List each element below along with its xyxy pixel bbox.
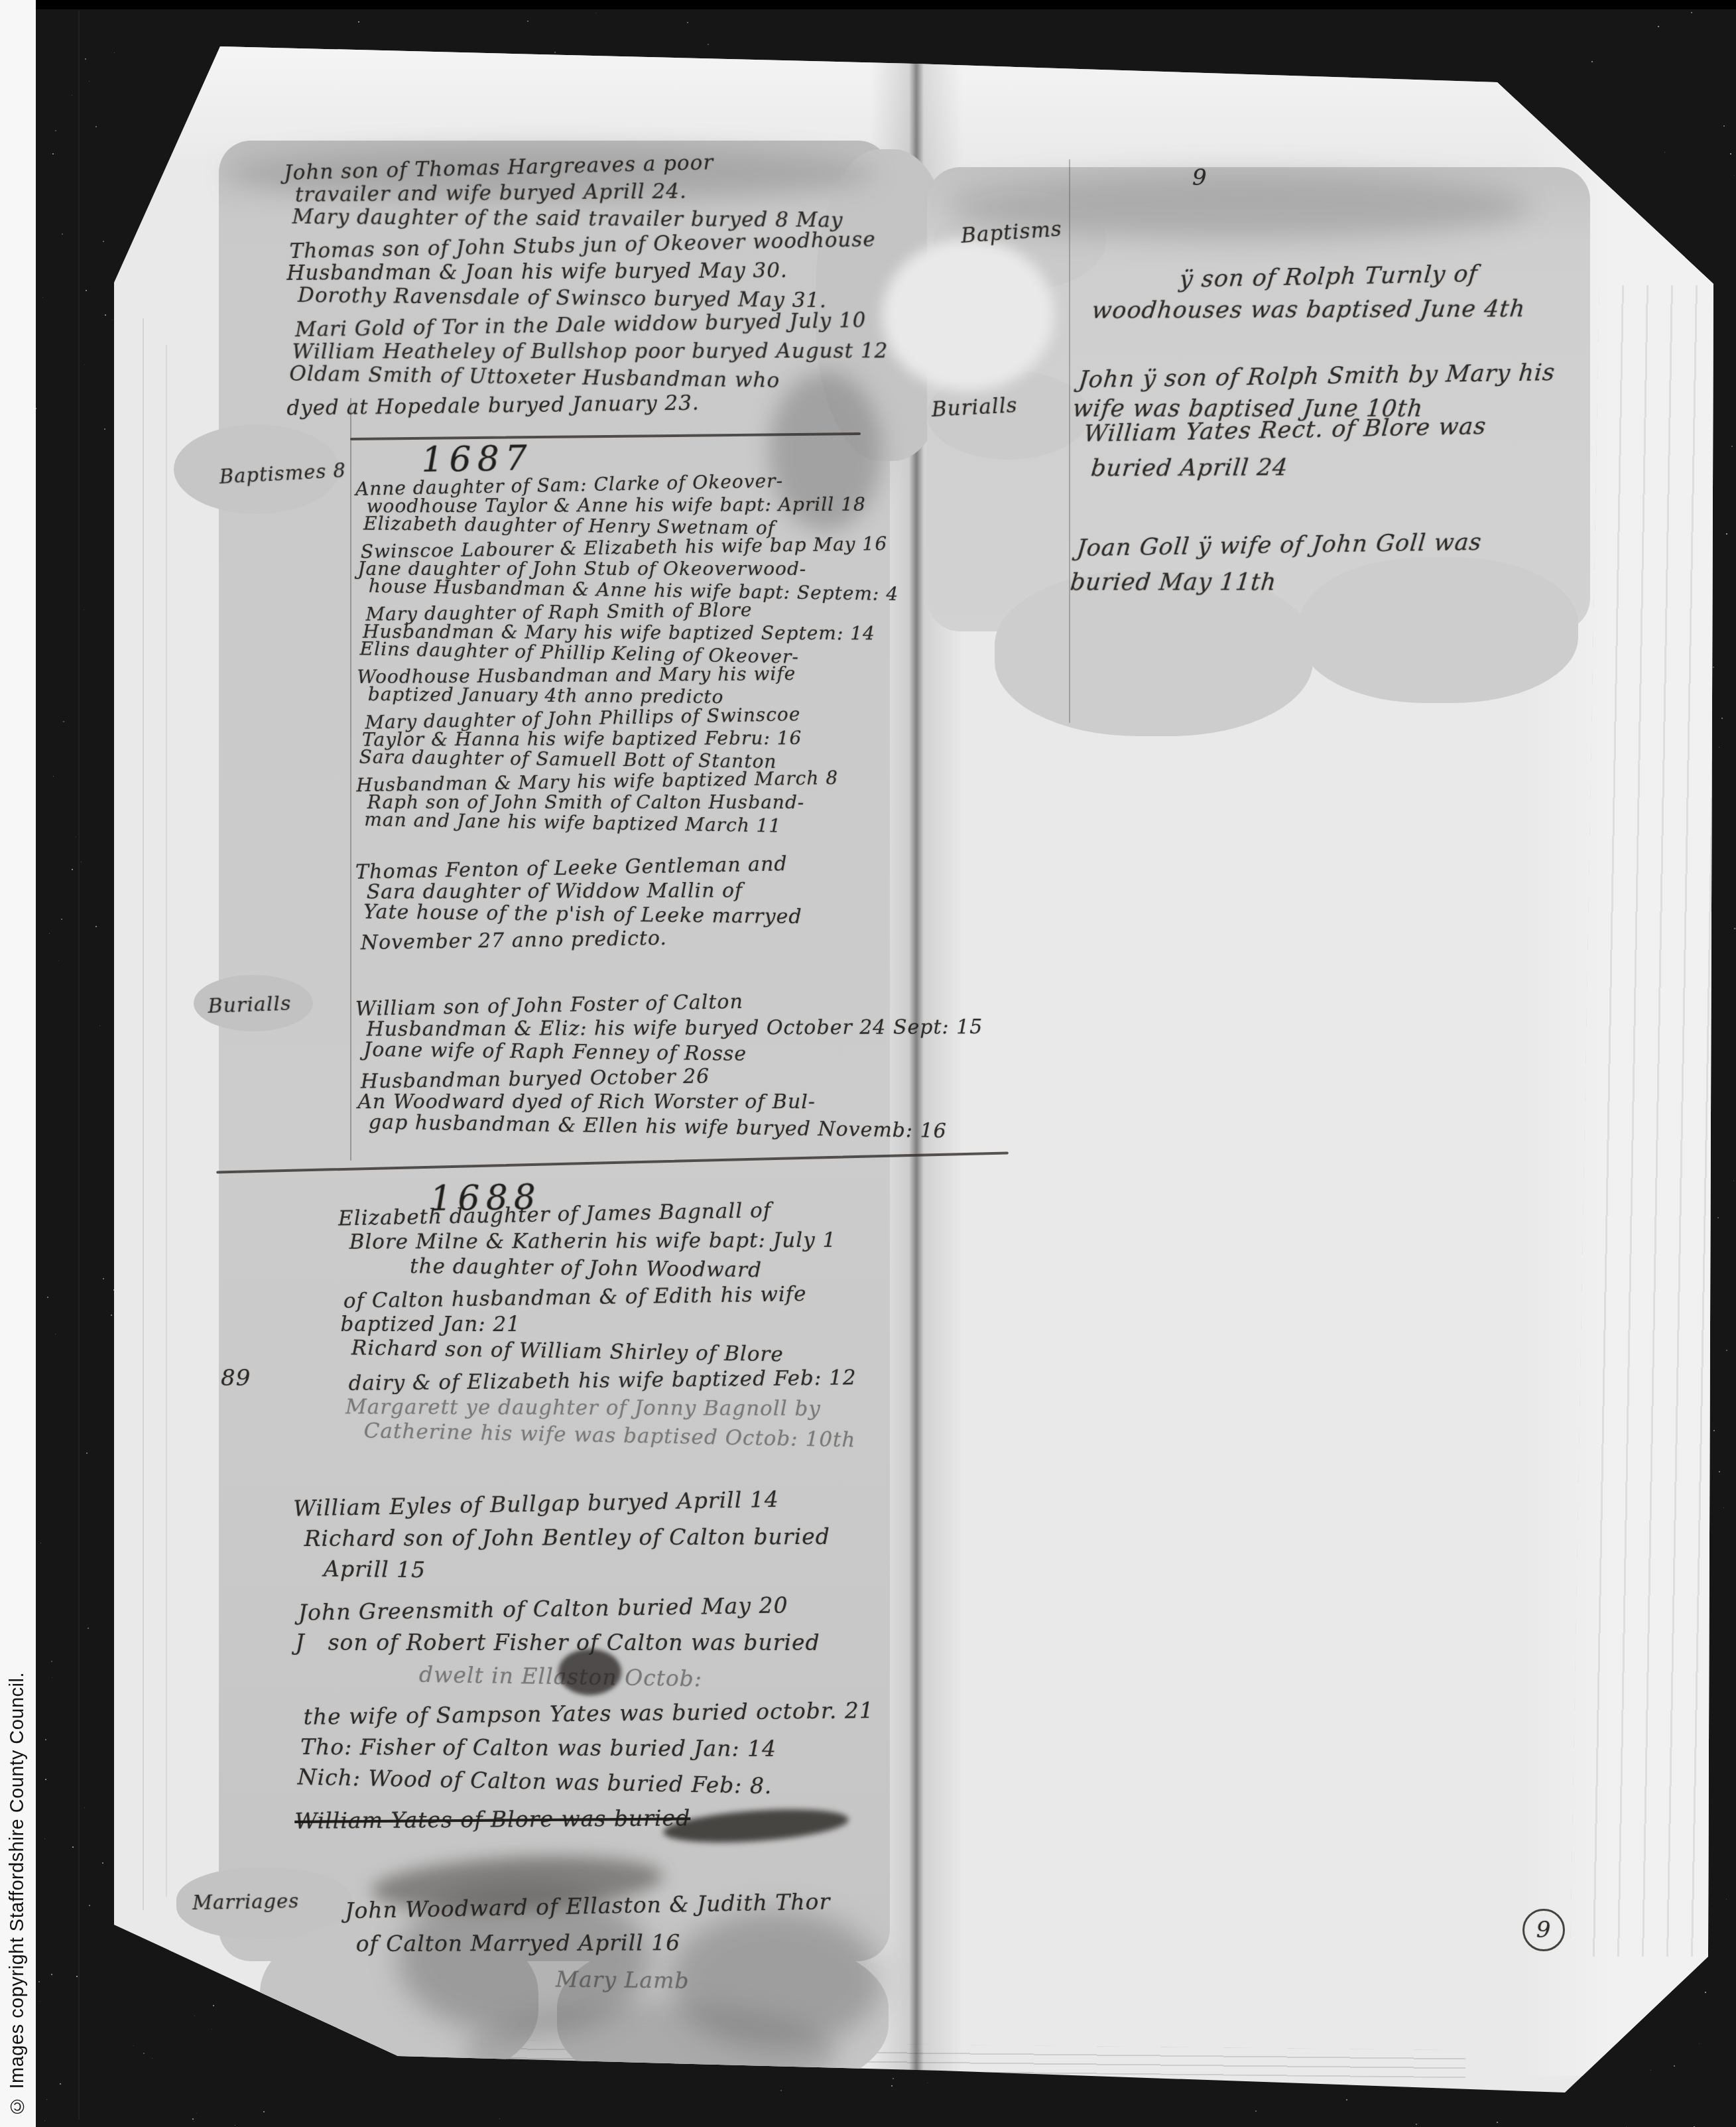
film-scratch-line	[78, 11, 80, 2120]
year-note-89: 89	[221, 1365, 251, 1391]
register-line: Sara daughter of Widdow Mallin of	[367, 878, 897, 904]
register-line: Husbandman buryed October 26	[361, 1061, 918, 1094]
register-line: John ÿ son of Rolph Smith by Mary his	[1078, 355, 1605, 397]
copyright-strip: © Images copyright Staffordshire County …	[0, 0, 36, 2127]
register-line: William Yates Rect. of Blore was	[1082, 405, 1610, 453]
folio-number: 9	[1536, 1917, 1552, 1943]
pre-1687-burials-section: John son of Thomas Hargreaves a poortrav…	[290, 151, 889, 419]
register-line: gap husbandman & Ellen his wife buryed N…	[369, 1110, 926, 1143]
margin-label-marriages: Marriages	[192, 1890, 299, 1914]
copyright-text: © Images copyright Staffordshire County …	[7, 1672, 29, 2116]
right-burials-section: William Yates Rect. of Blore wasburied A…	[1073, 410, 1617, 602]
register-line: of Calton Marryed Aprill 16	[355, 1922, 1058, 1963]
right-baptisms-section: ÿ son of Rolph Turnly ofwoodhouses was b…	[1076, 260, 1617, 426]
scan-edge-bar	[36, 0, 1736, 9]
register-line: John Greensmith of Calton buried May 20	[298, 1584, 968, 1630]
register-line: William Yates of Blore was buried	[294, 1798, 964, 1838]
margin-label-burialls: Burialls	[931, 393, 1018, 422]
page-number: 9	[1192, 164, 1208, 191]
margin-rule	[1069, 159, 1070, 723]
register-line: baptized Jan: 21	[340, 1311, 924, 1338]
register-line: J son of Robert Fisher of Calton was bur…	[295, 1625, 965, 1660]
baptisms-1687-section: Anne daughter of Sam: Clarke of Okeover-…	[362, 474, 893, 834]
register-line: William Heatheley of Bullshop poor burye…	[292, 338, 889, 365]
register-line: man and Jane his wife baptized March 11	[364, 809, 895, 838]
register-line: Blore Milne & Katherin his wife bapt: Ju…	[349, 1226, 933, 1256]
register-book-spread: John son of Thomas Hargreaves a poortrav…	[0, 0, 1736, 2127]
register-line	[1082, 483, 1610, 528]
paper-highlight	[882, 239, 1054, 391]
register-line: the wife of Sampson Yates was buried oct…	[303, 1691, 973, 1734]
margin-label-burialls: Burialls	[208, 992, 292, 1018]
burials-1687-section: William son of John Foster of CaltonHusb…	[362, 992, 919, 1139]
records-1688-section: Elizabeth daughter of James Bagnall ofBl…	[345, 1199, 928, 1450]
register-line: ÿ son of Rolph Turnly of	[1083, 255, 1611, 298]
register-line: dyed at Hopedale buryed January 23.	[286, 387, 883, 422]
archival-scan: John son of Thomas Hargreaves a poortrav…	[0, 0, 1736, 2127]
register-line: of Calton husbandman & of Edith his wife	[343, 1278, 928, 1315]
register-line: Richard son of John Bentley of Calton bu…	[304, 1518, 974, 1556]
register-line: buried May 11th	[1068, 564, 1596, 602]
register-line: Mary Lamb	[353, 1958, 1056, 2004]
marriage-1687-entry: Thomas Fenton of Leeke Gentleman andSara…	[362, 856, 893, 951]
register-line: Joan Goll ÿ wife of John Goll was	[1075, 521, 1603, 568]
register-line: buried Aprill 24	[1089, 447, 1617, 487]
marriages-1688-section: John Woodward of Ellaston & Judith Thoro…	[351, 1885, 1054, 2000]
register-line: woodhouses was baptised June 4th	[1090, 292, 1617, 327]
burials-1688-section: William Eyles of Bullgap buryed Aprill 1…	[300, 1484, 969, 1836]
register-line: Husbandman & Eliz: his wife buryed Octob…	[367, 1015, 924, 1041]
register-line: dairy & of Elizabeth his wife baptized F…	[348, 1363, 932, 1397]
register-line: travailer and wife buryed Aprill 24.	[295, 176, 892, 208]
register-line: November 27 anno predicto.	[361, 923, 891, 955]
folio-number-circle: 9	[1522, 1909, 1565, 1951]
